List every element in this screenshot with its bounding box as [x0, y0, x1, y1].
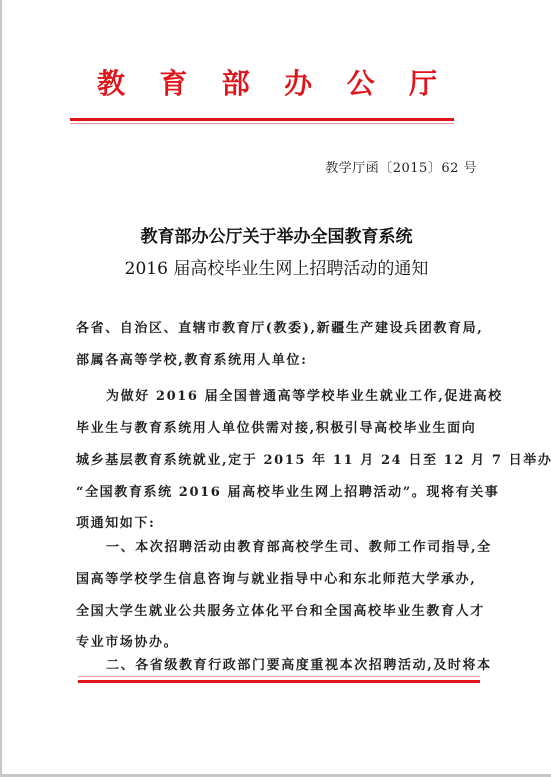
paragraph-line: 城乡基层教育系统就业,定于 2015 年 11 月 24 日至 12 月 7 日…: [76, 452, 476, 470]
paragraph-line: 国高等学校学生信息咨询与就业指导中心和东北师范大学承办,: [76, 571, 476, 589]
document-page: 教 育 部 办 公 厅 教学厅函〔2015〕62 号 教育部办公厅关于举办全国教…: [2, 0, 551, 774]
addressee-line: 各省、自治区、直辖市教育厅(教委),新疆生产建设兵团教育局,: [76, 320, 476, 338]
letterhead-char: 教: [97, 64, 125, 104]
addressee-line: 部属各高等学校,教育系统用人单位:: [76, 352, 476, 370]
letterhead-char: 部: [222, 64, 250, 104]
letterhead-char: 办: [284, 64, 312, 104]
footer-divider-thin: [78, 676, 480, 677]
letterhead-char: 育: [159, 64, 187, 104]
document-title-line-2: 2016 届高校毕业生网上招聘活动的通知: [2, 258, 551, 280]
letterhead-divider: [70, 118, 454, 121]
letterhead-char: 公: [347, 64, 375, 104]
paragraph-line: 二、各省级教育行政部门要高度重视本次招聘活动,及时将本: [106, 657, 506, 675]
paragraph-line: 全国大学生就业公共服务立体化平台和全国高校毕业生教育人才: [76, 603, 476, 621]
paragraph-line: 毕业生与教育系统用人单位供需对接,积极引导高校毕业生面向: [76, 420, 476, 438]
paragraph-line: 为做好 2016 届全国普通高等学校毕业生就业工作,促进高校: [106, 388, 506, 406]
paragraph-line: 一、本次招聘活动由教育部高校学生司、教师工作司指导,全: [106, 539, 506, 557]
paragraph-line: 专业市场协办。: [76, 634, 476, 652]
paragraph-line: 项通知如下:: [76, 515, 476, 533]
paragraph-line: “全国教育系统 2016 届高校毕业生网上招聘活动”。现将有关事: [76, 484, 476, 502]
document-title-line-1: 教育部办公厅关于举办全国教育系统: [2, 226, 551, 248]
document-number: 教学厅函〔2015〕62 号: [325, 160, 477, 178]
footer-divider: [78, 680, 480, 683]
letterhead-divider-thin: [70, 123, 454, 124]
letterhead-title: 教 育 部 办 公 厅: [97, 64, 437, 104]
letterhead-char: 厅: [409, 64, 437, 104]
